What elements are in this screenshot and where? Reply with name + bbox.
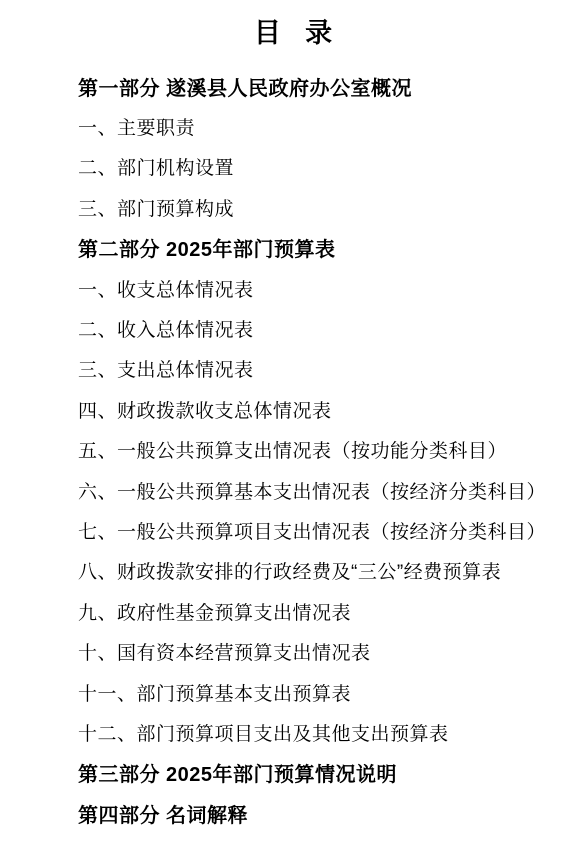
toc-page: 目 录 第一部分 遂溪县人民政府办公室概况 一、主要职责 二、部门机构设置 三、… bbox=[0, 0, 587, 859]
toc-entry-part2-4: 四、财政拨款收支总体情况表 bbox=[78, 389, 567, 429]
toc-entry-part2-11: 十一、部门预算基本支出预算表 bbox=[78, 672, 567, 712]
toc-list: 第一部分 遂溪县人民政府办公室概况 一、主要职责 二、部门机构设置 三、部门预算… bbox=[0, 66, 587, 833]
toc-entry-part2-2: 二、收入总体情况表 bbox=[78, 308, 567, 348]
toc-entry-part2-6: 六、一般公共预算基本支出情况表（按经济分类科目） bbox=[78, 470, 567, 510]
part3-heading: 第三部分 2025年部门预算情况说明 bbox=[78, 753, 567, 793]
toc-entry-part1-2: 二、部门机构设置 bbox=[78, 147, 567, 187]
toc-entry-part2-9: 九、政府性基金预算支出情况表 bbox=[78, 591, 567, 631]
toc-entry-part2-5: 五、一般公共预算支出情况表（按功能分类科目） bbox=[78, 430, 567, 470]
part4-heading: 第四部分 名词解释 bbox=[78, 793, 567, 833]
toc-entry-part2-3: 三、支出总体情况表 bbox=[78, 349, 567, 389]
part2-heading: 第二部分 2025年部门预算表 bbox=[78, 228, 567, 268]
toc-entry-part1-1: 一、主要职责 bbox=[78, 106, 567, 146]
toc-entry-part2-7: 七、一般公共预算项目支出情况表（按经济分类科目） bbox=[78, 510, 567, 550]
toc-entry-part2-10: 十、国有资本经营预算支出情况表 bbox=[78, 631, 567, 671]
part1-heading: 第一部分 遂溪县人民政府办公室概况 bbox=[78, 66, 567, 106]
toc-entry-part1-3: 三、部门预算构成 bbox=[78, 187, 567, 227]
toc-entry-part2-8: 八、财政拨款安排的行政经费及“三公”经费预算表 bbox=[78, 551, 567, 591]
page-title: 目 录 bbox=[0, 0, 587, 50]
toc-entry-part2-1: 一、收支总体情况表 bbox=[78, 268, 567, 308]
toc-entry-part2-12: 十二、部门预算项目支出及其他支出预算表 bbox=[78, 712, 567, 752]
